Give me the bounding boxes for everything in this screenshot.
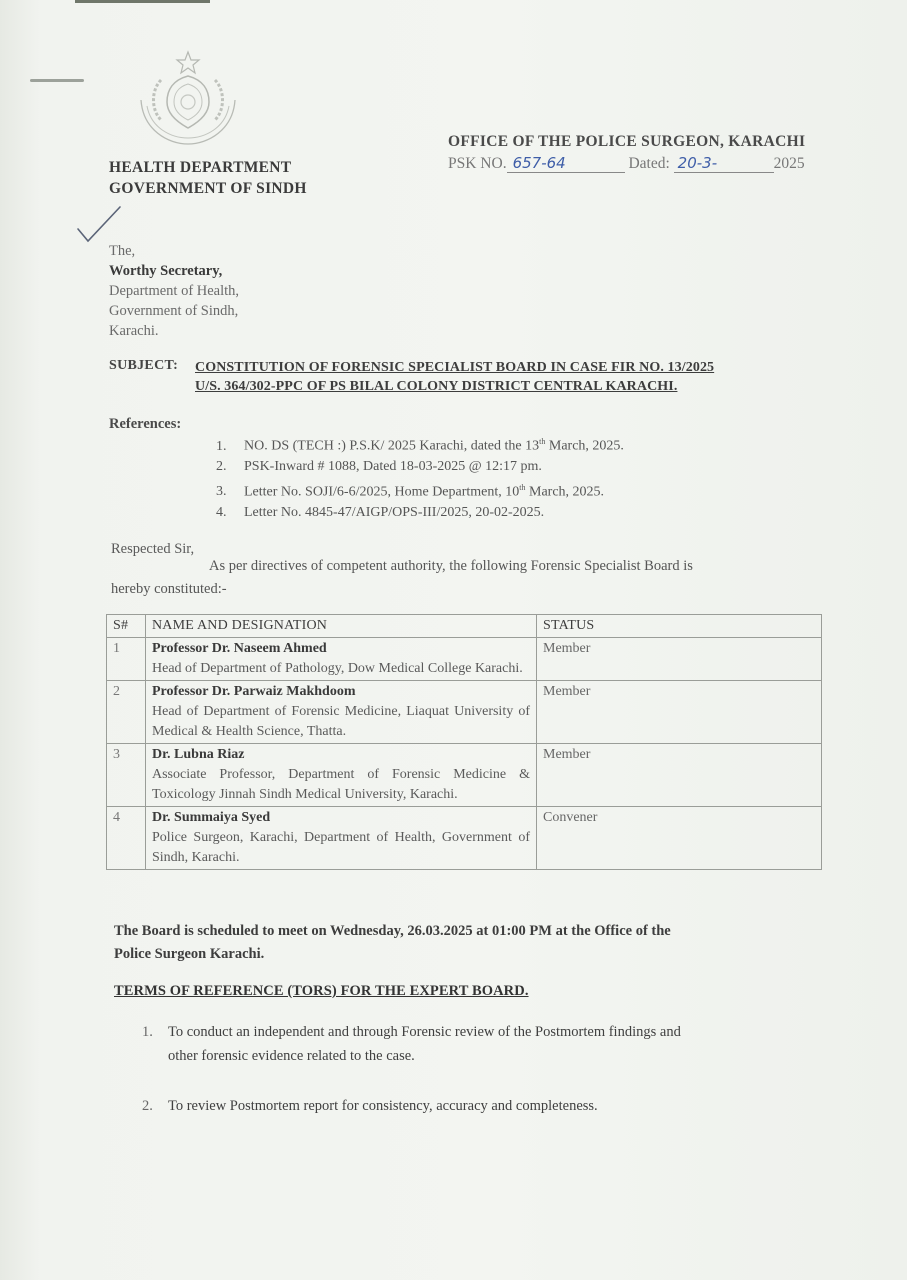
addressee-title: Worthy Secretary, [109,263,222,279]
reference-item: 1.NO. DS (TECH :) P.S.K/ 2025 Karachi, d… [216,432,624,457]
department-line-1: HEALTH DEPARTMENT [109,157,307,178]
tor-item: 2.To review Postmortem report for consis… [142,1094,681,1118]
intro-line-1: As per directives of competent authority… [111,555,693,578]
department-line-2: GOVERNMENT OF SINDH [109,178,307,199]
member-name: Professor Dr. Naseem Ahmed [152,641,327,656]
member-designation: Police Surgeon, Karachi, Department of H… [152,828,530,868]
member-name: Dr. Summaiya Syed [152,810,270,825]
tors-title: TERMS OF REFERENCE (TORS) FOR THE EXPERT… [114,983,529,1000]
cell-status: Member [537,638,822,681]
department-heading: HEALTH DEPARTMENT GOVERNMENT OF SINDH [109,157,307,199]
references-title: References: [109,416,181,433]
addressee-salutation: The, [109,241,239,261]
subject-label: SUBJECT: [109,358,178,374]
column-header-name: NAME AND DESIGNATION [146,615,537,638]
date-year: 2025 [774,155,805,172]
dated-label: Dated: [628,155,669,172]
table-row: 1 Professor Dr. Naseem AhmedHead of Depa… [107,638,822,681]
cell-status: Member [537,681,822,744]
cell-name-designation: Professor Dr. Naseem AhmedHead of Depart… [146,638,537,681]
board-members-table: S# NAME AND DESIGNATION STATUS 1 Profess… [106,614,822,870]
date-handwritten: 20-3- [674,154,774,173]
column-header-sn: S# [107,615,146,638]
tors-list: 1.To conduct an independent and through … [142,1020,681,1144]
references-list: 1.NO. DS (TECH :) P.S.K/ 2025 Karachi, d… [216,432,624,523]
reference-item: 3.Letter No. SOJI/6-6/2025, Home Departm… [216,478,624,503]
cell-name-designation: Dr. Lubna RiazAssociate Professor, Depar… [146,744,537,807]
cell-status: Member [537,744,822,807]
reference-number-line: PSK NO.657-64 Dated: 20-3-2025 [448,154,805,173]
addressee-block: The, Worthy Secretary, Department of Hea… [109,241,239,341]
addressee-line-2: Government of Sindh, [109,301,239,321]
column-header-status: STATUS [537,615,822,638]
pen-mark [30,79,84,82]
table-row: 2 Professor Dr. Parwaiz MakhdoomHead of … [107,681,822,744]
member-designation: Head of Department of Pathology, Dow Med… [152,659,530,679]
member-designation: Associate Professor, Department of Foren… [152,765,530,805]
subject-line-1: CONSTITUTION OF FORENSIC SPECIALIST BOAR… [195,358,714,377]
scan-edge-mark [75,0,210,3]
member-designation: Head of Department of Forensic Medicine,… [152,702,530,742]
cell-sn: 3 [107,744,146,807]
reference-item: 4.Letter No. 4845-47/AIGP/OPS-III/2025, … [216,503,624,524]
office-heading: OFFICE OF THE POLICE SURGEON, KARACHI [448,133,805,151]
cell-sn: 2 [107,681,146,744]
meeting-line-1: The Board is scheduled to meet on Wednes… [114,920,671,943]
member-name: Professor Dr. Parwaiz Makhdoom [152,684,356,699]
sindh-government-emblem-icon [133,50,243,148]
table-row: 4 Dr. Summaiya SyedPolice Surgeon, Karac… [107,807,822,870]
checkmark-icon [76,205,124,245]
document-page: HEALTH DEPARTMENT GOVERNMENT OF SINDH OF… [0,0,907,1280]
tor-item: 1.To conduct an independent and through … [142,1020,681,1068]
subject-text: CONSTITUTION OF FORENSIC SPECIALIST BOAR… [195,358,714,396]
cell-sn: 4 [107,807,146,870]
meeting-notice: The Board is scheduled to meet on Wednes… [114,920,671,966]
psk-number-handwritten: 657-64 [507,154,625,173]
reference-item: 2.PSK-Inward # 1088, Dated 18-03-2025 @ … [216,457,624,478]
subject-line-2: U/S. 364/302-PPC OF PS BILAL COLONY DIST… [195,377,714,396]
cell-name-designation: Dr. Summaiya SyedPolice Surgeon, Karachi… [146,807,537,870]
table-header-row: S# NAME AND DESIGNATION STATUS [107,615,822,638]
addressee-line-3: Karachi. [109,321,239,341]
meeting-line-2: Police Surgeon Karachi. [114,943,671,966]
cell-status: Convener [537,807,822,870]
addressee-line-1: Department of Health, [109,281,239,301]
table-row: 3 Dr. Lubna RiazAssociate Professor, Dep… [107,744,822,807]
intro-paragraph: As per directives of competent authority… [111,555,693,601]
cell-name-designation: Professor Dr. Parwaiz MakhdoomHead of De… [146,681,537,744]
cell-sn: 1 [107,638,146,681]
intro-line-2: hereby constituted:- [111,578,693,601]
member-name: Dr. Lubna Riaz [152,747,244,762]
psk-label: PSK NO. [448,155,507,172]
